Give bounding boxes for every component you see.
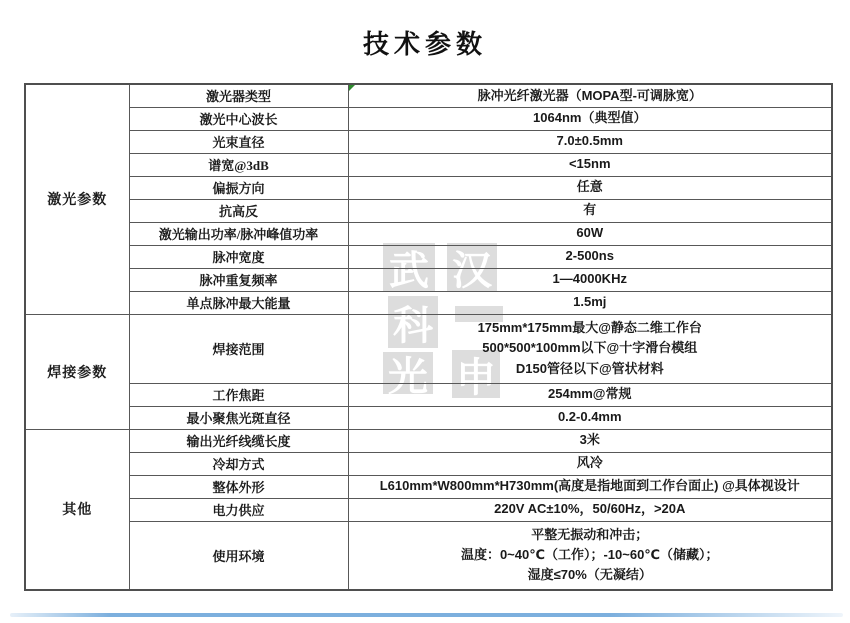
table-row: 激光参数激光器类型脉冲光纤激光器（MOPA型-可调脉宽） bbox=[25, 84, 832, 107]
group-cell: 激光参数 bbox=[25, 84, 129, 314]
table-row: 激光中心波长1064nm（典型值） bbox=[25, 107, 832, 130]
group-cell: 焊接参数 bbox=[25, 314, 129, 429]
param-cell: 光束直径 bbox=[129, 130, 348, 153]
param-cell: 脉冲重复频率 bbox=[129, 268, 348, 291]
param-cell: 焊接范围 bbox=[129, 314, 348, 383]
value-line: 500*500*100mm以下@十字滑台模组 bbox=[353, 338, 828, 358]
value-cell: 1—4000KHz bbox=[348, 268, 832, 291]
table-row: 最小聚焦光斑直径0.2-0.4mm bbox=[25, 406, 832, 429]
value-line: 3米 bbox=[353, 430, 828, 450]
param-cell: 脉冲宽度 bbox=[129, 245, 348, 268]
value-cell: L610mm*W800mm*H730mm(高度是指地面到工作台面止) @具体视设… bbox=[348, 475, 832, 498]
param-cell: 谱宽@3dB bbox=[129, 153, 348, 176]
param-cell: 使用环境 bbox=[129, 521, 348, 590]
table-row: 焊接参数焊接范围175mm*175mm最大@静态二维工作台500*500*100… bbox=[25, 314, 832, 383]
table-row: 抗高反有 bbox=[25, 199, 832, 222]
value-cell: 3米 bbox=[348, 429, 832, 452]
value-line: D150管径以下@管状材料 bbox=[353, 359, 828, 379]
cell-comment-marker-icon bbox=[349, 85, 355, 91]
value-cell: 有 bbox=[348, 199, 832, 222]
param-cell: 输出光纤线缆长度 bbox=[129, 429, 348, 452]
value-line: 175mm*175mm最大@静态二维工作台 bbox=[353, 318, 828, 338]
spec-table-body: 激光参数激光器类型脉冲光纤激光器（MOPA型-可调脉宽）激光中心波长1064nm… bbox=[25, 84, 832, 590]
param-cell: 整体外形 bbox=[129, 475, 348, 498]
spec-table: 激光参数激光器类型脉冲光纤激光器（MOPA型-可调脉宽）激光中心波长1064nm… bbox=[24, 83, 833, 591]
table-row: 谱宽@3dB<15nm bbox=[25, 153, 832, 176]
value-cell: 175mm*175mm最大@静态二维工作台500*500*100mm以下@十字滑… bbox=[348, 314, 832, 383]
value-line: 254mm@常规 bbox=[353, 384, 828, 404]
param-cell: 激光器类型 bbox=[129, 84, 348, 107]
value-line: <15nm bbox=[353, 154, 828, 174]
param-cell: 最小聚焦光斑直径 bbox=[129, 406, 348, 429]
value-cell: 254mm@常规 bbox=[348, 383, 832, 406]
table-row: 使用环境平整无振动和冲击；温度：0~40℃（工作）；-10~60℃（储藏）；湿度… bbox=[25, 521, 832, 590]
table-row: 整体外形L610mm*W800mm*H730mm(高度是指地面到工作台面止) @… bbox=[25, 475, 832, 498]
param-cell: 激光输出功率/脉冲峰值功率 bbox=[129, 222, 348, 245]
page-title: 技术参数 bbox=[0, 24, 850, 61]
value-line: 1064nm（典型值） bbox=[353, 108, 828, 128]
value-line: 60W bbox=[353, 223, 828, 243]
value-line: 有 bbox=[353, 200, 828, 220]
param-cell: 激光中心波长 bbox=[129, 107, 348, 130]
bottom-accent-bar bbox=[10, 613, 843, 617]
value-cell: 0.2-0.4mm bbox=[348, 406, 832, 429]
value-line: 平整无振动和冲击； bbox=[353, 525, 828, 545]
param-cell: 冷却方式 bbox=[129, 452, 348, 475]
value-line: 0.2-0.4mm bbox=[353, 407, 828, 427]
value-cell: 1.5mj bbox=[348, 291, 832, 314]
table-row: 脉冲重复频率1—4000KHz bbox=[25, 268, 832, 291]
table-row: 脉冲宽度2-500ns bbox=[25, 245, 832, 268]
group-cell: 其他 bbox=[25, 429, 129, 590]
value-cell: 2-500ns bbox=[348, 245, 832, 268]
table-row: 激光输出功率/脉冲峰值功率60W bbox=[25, 222, 832, 245]
value-line: 1—4000KHz bbox=[353, 269, 828, 289]
value-cell: 1064nm（典型值） bbox=[348, 107, 832, 130]
value-line: 2-500ns bbox=[353, 246, 828, 266]
value-cell: <15nm bbox=[348, 153, 832, 176]
value-line: 220V AC±10%，50/60Hz，>20A bbox=[353, 499, 828, 519]
value-cell: 风冷 bbox=[348, 452, 832, 475]
param-cell: 偏振方向 bbox=[129, 176, 348, 199]
value-line: 7.0±0.5mm bbox=[353, 131, 828, 151]
value-cell: 7.0±0.5mm bbox=[348, 130, 832, 153]
param-cell: 工作焦距 bbox=[129, 383, 348, 406]
table-row: 电力供应220V AC±10%，50/60Hz，>20A bbox=[25, 498, 832, 521]
param-cell: 电力供应 bbox=[129, 498, 348, 521]
table-row: 工作焦距254mm@常规 bbox=[25, 383, 832, 406]
value-line: 风冷 bbox=[353, 453, 828, 473]
value-cell: 任意 bbox=[348, 176, 832, 199]
table-row: 光束直径7.0±0.5mm bbox=[25, 130, 832, 153]
value-line: 温度：0~40℃（工作）；-10~60℃（储藏）； bbox=[353, 545, 828, 565]
value-line: 任意 bbox=[353, 177, 828, 197]
value-line: 1.5mj bbox=[353, 292, 828, 312]
value-line: L610mm*W800mm*H730mm(高度是指地面到工作台面止) @具体视设… bbox=[353, 476, 828, 496]
param-cell: 单点脉冲最大能量 bbox=[129, 291, 348, 314]
value-cell: 脉冲光纤激光器（MOPA型-可调脉宽） bbox=[348, 84, 832, 107]
table-row: 单点脉冲最大能量1.5mj bbox=[25, 291, 832, 314]
table-row: 其他输出光纤线缆长度3米 bbox=[25, 429, 832, 452]
spec-sheet-page: 技术参数 武汉科光申 激光参数激光器类型脉冲光纤激光器（MOPA型-可调脉宽）激… bbox=[0, 0, 850, 623]
value-cell: 220V AC±10%，50/60Hz，>20A bbox=[348, 498, 832, 521]
value-cell: 60W bbox=[348, 222, 832, 245]
value-cell: 平整无振动和冲击；温度：0~40℃（工作）；-10~60℃（储藏）；湿度≤70%… bbox=[348, 521, 832, 590]
table-row: 冷却方式风冷 bbox=[25, 452, 832, 475]
value-line: 脉冲光纤激光器（MOPA型-可调脉宽） bbox=[353, 86, 828, 106]
value-line: 湿度≤70%（无凝结） bbox=[353, 565, 828, 585]
param-cell: 抗高反 bbox=[129, 199, 348, 222]
table-row: 偏振方向任意 bbox=[25, 176, 832, 199]
